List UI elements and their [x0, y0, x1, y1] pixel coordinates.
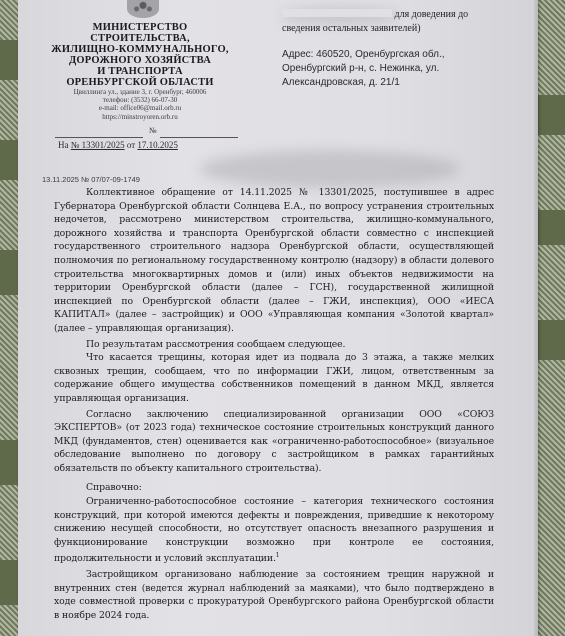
ref-number: № 13301/2025: [71, 140, 125, 150]
tablecloth-check: [0, 250, 18, 295]
footnote-mark: 1: [276, 552, 280, 559]
contact-website: https://minstroyoren.orb.ru: [45, 113, 235, 121]
addressee-line: сведения остальных заявителей): [282, 22, 507, 36]
ministry-line: ДОРОЖНОГО ХОЗЯЙСТВА: [40, 55, 240, 66]
addressee-address: Адрес: 460520, Оренбургская обл., Оренбу…: [282, 48, 507, 90]
tablecloth-check: [538, 95, 565, 135]
tablecloth-check: [0, 560, 18, 605]
reference-line: На № 13301/2025 от 17.10.2025: [58, 140, 258, 150]
coat-of-arms-icon: [127, 0, 159, 18]
paragraph-definition: Ограниченно-работоспособное состояние – …: [54, 495, 494, 566]
definition-text: Ограниченно-работоспособное состояние – …: [54, 496, 494, 564]
contact-email: e-mail: office06@mail.orb.ru: [45, 104, 235, 112]
contact-phone: телефон: (3532) 66-07-30: [45, 96, 235, 104]
addressee-block: для доведения до сведения остальных заяв…: [282, 8, 507, 36]
contact-address: Цвиллинга ул., здание 3, г. Оренбург, 46…: [45, 88, 235, 96]
paragraph-reference-heading: Справочно:: [54, 481, 494, 495]
ministry-line: И ТРАНСПОРТА: [40, 66, 240, 77]
paragraph-monitoring: Застройщиком организовано наблюдение за …: [54, 568, 494, 622]
ministry-contacts: Цвиллинга ул., здание 3, г. Оренбург, 46…: [45, 88, 235, 121]
registration-line: №: [55, 126, 235, 138]
ref-date: 17.10.2025: [137, 140, 178, 150]
tablecloth-check: [538, 320, 565, 360]
letter-body: Коллективное обращение от 14.11.2025 № 1…: [54, 186, 494, 623]
reg-date-blank: [55, 137, 143, 138]
tablecloth-check: [0, 40, 18, 80]
ministry-line: СТРОИТЕЛЬСТВА,: [40, 33, 240, 44]
tablecloth-check: [0, 140, 18, 180]
reg-number-blank: [160, 137, 238, 138]
ministry-line: МИНИСТЕРСТВО: [40, 22, 240, 33]
paragraph-intro: Коллективное обращение от 14.11.2025 № 1…: [54, 186, 494, 336]
tablecloth-check: [0, 440, 18, 485]
paragraph-expertise: Согласно заключению специализированной о…: [54, 408, 494, 476]
ministry-name: МИНИСТЕРСТВО СТРОИТЕЛЬСТВА, ЖИЛИЩНО-КОММ…: [40, 22, 240, 88]
paragraph-cracks: Что касается трещины, которая идет из по…: [54, 351, 494, 405]
paper-edge: [534, 0, 538, 636]
outgoing-number: 13.11.2025 № 07/07-09-1749: [42, 175, 140, 184]
tablecloth-check: [538, 210, 565, 245]
ref-from: от: [127, 140, 135, 150]
paragraph-results: По результатам рассмотрения сообщаем сле…: [54, 338, 494, 352]
shadow: [200, 150, 460, 188]
addressee-line: для доведения до: [395, 9, 469, 20]
redacted-area: [282, 9, 392, 17]
ministry-line: ЖИЛИЩНО-КОММУНАЛЬНОГО,: [40, 44, 240, 55]
reg-number-sign: №: [149, 126, 157, 135]
ref-prefix: На: [58, 140, 69, 150]
ministry-line: ОРЕНБУРГСКОЙ ОБЛАСТИ: [40, 77, 240, 88]
